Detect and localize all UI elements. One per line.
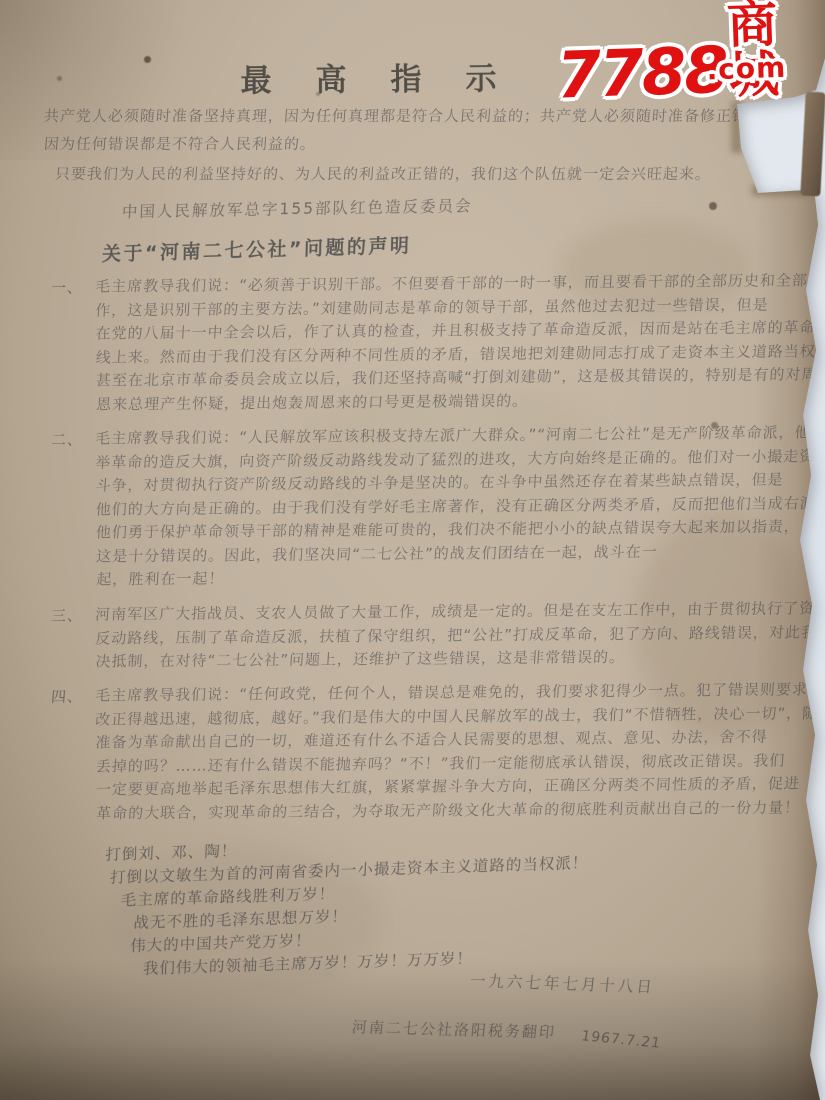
ink-spot [709,202,717,210]
handwritten-line: 因为任何错误都是不符合人民利益的。 [43,130,781,158]
marketplace-watermark: 7788 商城 .com [554,0,825,109]
statement-title: 关于“河南二七公社”问题的声明 [102,231,412,267]
closing-slogans: 打倒刘、邓、陶！打倒以文敏生为首的河南省委内一小撮走资本主义道路的当权派！毛主席… [105,829,592,982]
mao-quote-2: 只要我们为人民的利益坚持好的、为人民的利益改正错的，我们这个队伍就一定会兴旺起来… [55,163,711,184]
numbered-paragraph: 一、毛主席教导我们说：“必须善于识别干部。不但要看干部的一时一事，而且要看干部的… [45,269,825,417]
issuer-unit-line: 中国人民解放军总字155部队红色造反委员会 [121,194,473,222]
photo-stage: 最高指示 共产党人必须随时准备坚持真理，因为任何真理都是符合人民利益的；共产党人… [0,0,825,1100]
paper-shadow-wrap: 最高指示 共产党人必须随时准备坚持真理，因为任何真理都是符合人民利益的；共产党人… [0,0,825,1100]
paragraph-number: 四、 [50,686,83,707]
handwritten-line: 只要我们为人民的利益坚持好的、为人民的利益改正错的，我们这个队伍就一定会兴旺起来… [54,163,711,184]
date-line: 一九六七年七月十八日 [469,969,656,997]
reprint-line: 河南二七公社洛阳税务翻印1967.7.21 [351,1016,663,1045]
statement-paragraphs: 一、毛主席教导我们说：“必须善于识别干部。不但要看干部的一时一事，而且要看干部的… [45,276,825,837]
paragraph-number: 一、 [50,277,83,298]
numbered-paragraph: 四、毛主席教导我们说：“任何政党，任何个人，错误总是难免的，我们要求犯得少一点。… [45,678,825,826]
paragraph-number: 二、 [50,429,83,450]
reprint-text: 河南二七公社洛阳税务翻印 [351,1018,557,1041]
handwritten-line: 起，胜利在一起！ [96,562,825,592]
reprint-date: 1967.7.21 [580,1028,662,1052]
aged-paper-sheet: 最高指示 共产党人必须随时准备坚持真理，因为任何真理都是符合人民利益的；共产党人… [0,0,825,1100]
numbered-paragraph: 三、河南军区广大指战员、支农人员做了大量工作，成绩是一定的。但是在支左工作中，由… [45,597,825,674]
paragraph-number: 三、 [50,604,83,625]
numbered-paragraph: 二、毛主席教导我们说：“人民解放军应该积极支持左派广大群众。”“河南二七公社”是… [45,421,825,592]
watermark-numbers: 7788 [556,39,728,109]
mao-quote-1: 共产党人必须随时准备坚持真理，因为任何真理都是符合人民利益的；共产党人必须随时准… [44,102,780,158]
watermark-tld: .com [706,54,787,85]
